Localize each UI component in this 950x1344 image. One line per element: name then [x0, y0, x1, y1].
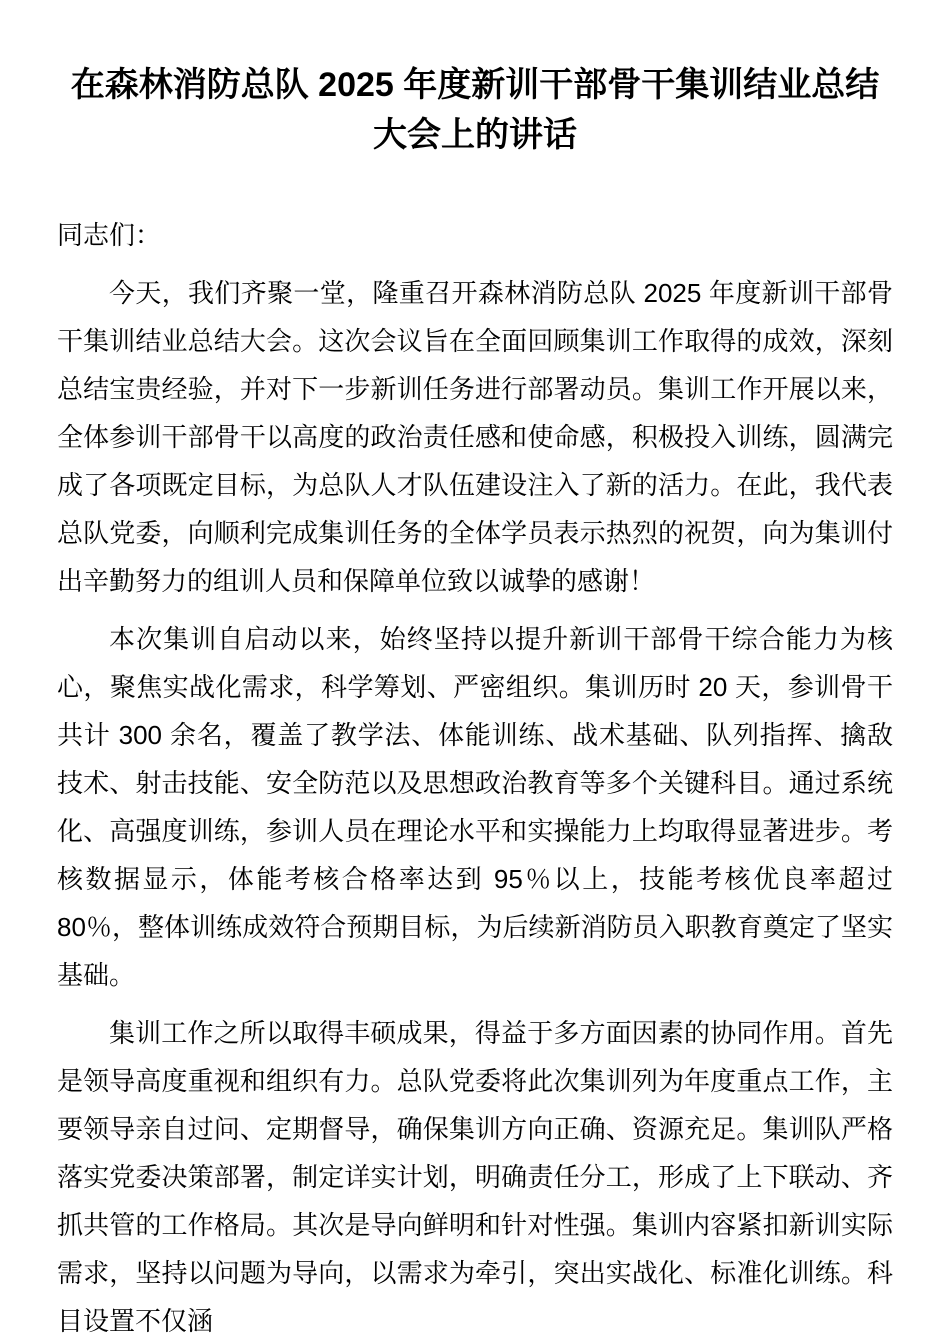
document-title: 在森林消防总队 2025 年度新训干部骨干集训结业总结大会上的讲话 — [57, 60, 893, 160]
salutation: 同志们： — [57, 211, 893, 259]
paragraph-2: 本次集训自启动以来，始终坚持以提升新训干部骨干综合能力为核心，聚焦实战化需求，科… — [57, 615, 893, 999]
paragraph-1: 今天，我们齐聚一堂，隆重召开森林消防总队 2025 年度新训干部骨干集训结业总结… — [57, 269, 893, 605]
paragraph-3: 集训工作之所以取得丰硕成果，得益于多方面因素的协同作用。首先是领导高度重视和组织… — [57, 1009, 893, 1344]
document-page: 在森林消防总队 2025 年度新训干部骨干集训结业总结大会上的讲话 同志们： 今… — [0, 0, 950, 1344]
